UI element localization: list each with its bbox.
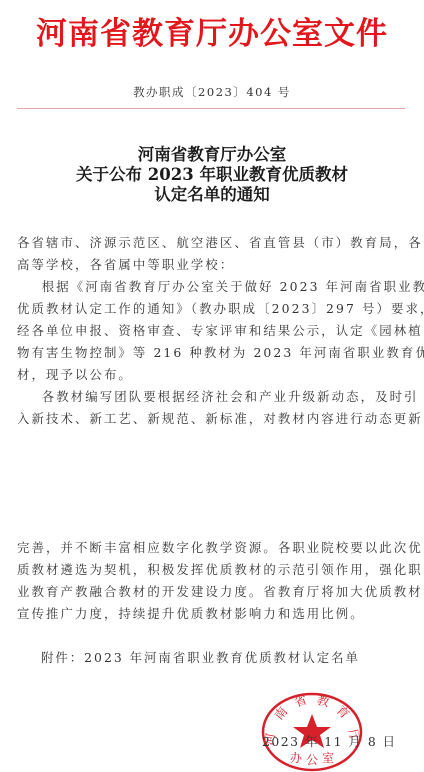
attachment-line: 附件：2023 年河南省职业教育优质教材认定名单 <box>41 648 360 666</box>
paragraph2-line-3: 完善，并不断丰富相应数字化教学资源。各职业院校要以此次优 <box>17 537 409 559</box>
document-masthead: 河南省教育厅办公室文件 <box>0 14 424 54</box>
title-line-1: 河南省教育厅办公室 <box>0 145 424 165</box>
paragraph2-line-4: 质教材遴选为契机，积极发挥优质教材的示范引领作用，强化职 <box>17 559 409 581</box>
title-line-2: 关于公布 2023 年职业教育优质教材 <box>0 165 424 185</box>
title-line-3: 认定名单的通知 <box>0 185 424 205</box>
svg-text:公: 公 <box>306 753 318 767</box>
addressee-line-2: 高等学校，各省属中等职业学校： <box>17 254 409 276</box>
official-seal-icon: 河 南 省 教 育 厅 办 公 室 <box>260 688 364 772</box>
paragraph1-line-3: 经各单位申报、资格审查、专家评审和结果公示，认定《园林植 <box>17 320 409 342</box>
svg-text:教: 教 <box>315 692 330 710</box>
document-number: 教办职成〔2023〕404 号 <box>0 84 424 100</box>
document-body-bottom: 完善，并不断丰富相应数字化教学资源。各职业院校要以此次优 质教材遴选为契机，积极… <box>17 537 409 625</box>
document-title: 河南省教育厅办公室 关于公布 2023 年职业教育优质教材 认定名单的通知 <box>0 145 424 205</box>
svg-text:室: 室 <box>322 750 334 765</box>
paragraph1-line-4: 物有害生物控制》等 216 种教材为 2023 年河南省职业教育优质教 <box>17 342 409 364</box>
paragraph2-line-5: 业教育产教融合教材的开发建设力度。省教育厅将加大优质教材 <box>17 581 409 603</box>
paragraph2-line-2: 入新技术、新工艺、新规范、新标准，对教材内容进行动态更新 <box>17 408 409 430</box>
paragraph1-line-1: 根据《河南省教育厅办公室关于做好 2023 年河南省职业教育 <box>17 276 409 298</box>
addressee-line-1: 各省辖市、济源示范区、航空港区、省直管县（市）教育局，各 <box>17 232 409 254</box>
document-body-top: 各省辖市、济源示范区、航空港区、省直管县（市）教育局，各 高等学校，各省属中等职… <box>17 232 409 430</box>
paragraph2-line-6: 宣传推广力度，持续提升优质教材影响力和选用比例。 <box>17 603 409 625</box>
paragraph1-line-2: 优质教材认定工作的通知》（教办职成〔2023〕297 号）要求， <box>17 298 409 320</box>
paragraph2-line-1: 各教材编写团队要根据经济社会和产业升级新动态，及时引 <box>17 386 409 408</box>
paragraph1-line-5: 材，现予以公布。 <box>17 364 409 386</box>
svg-text:育: 育 <box>334 702 353 721</box>
document-date: 2023 年 11 月 8 日 <box>262 732 397 750</box>
red-divider-line <box>17 108 405 109</box>
svg-text:办: 办 <box>290 750 303 765</box>
